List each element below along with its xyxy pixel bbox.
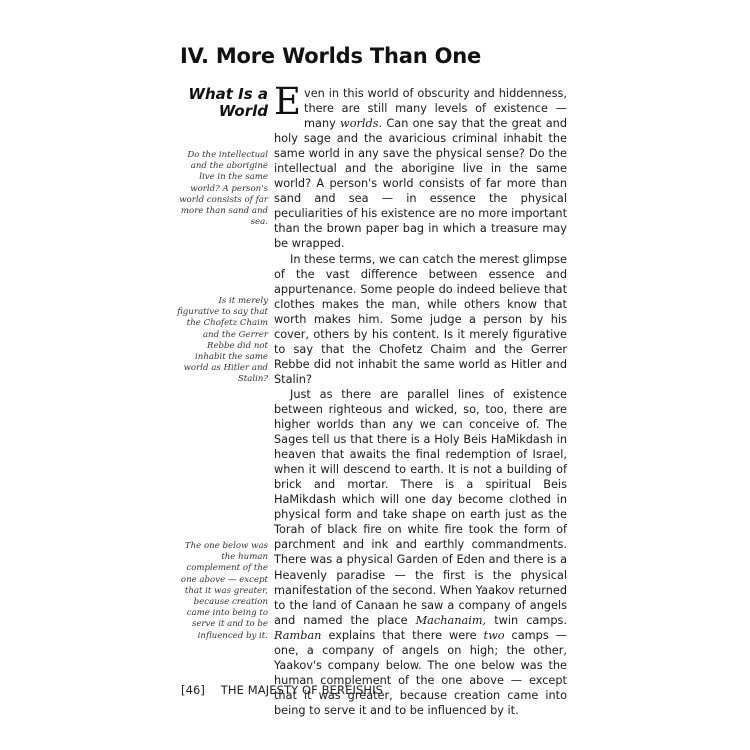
- paragraph-3-text: Just as there are parallel lines of exis…: [274, 388, 567, 627]
- emphasis-worlds: worlds.: [340, 117, 382, 130]
- running-title: THE MAJESTY OF BEREISHIS: [221, 683, 383, 697]
- section-heading-line-1: What Is a: [176, 86, 268, 103]
- emphasis-machanaim: Machanaim,: [416, 614, 487, 627]
- paragraph-2: In these terms, we can catch the merest …: [274, 252, 567, 387]
- paragraph-3-text-2: twin camps.: [486, 614, 567, 627]
- side-note-1: Do the intellectual and the aborigine li…: [176, 150, 268, 228]
- paragraph-3: Just as there are parallel lines of exis…: [274, 387, 567, 718]
- body-text: Even in this world of obscurity and hidd…: [274, 86, 567, 718]
- drop-cap: E: [274, 87, 301, 117]
- side-note-2: Is it merely figurative to say that the …: [176, 296, 268, 386]
- section-heading-line-2: World: [176, 103, 268, 120]
- paragraph-1-text-cont: Can one say that the great and holy sage…: [274, 117, 567, 250]
- chapter-title: IV. More Worlds Than One: [180, 44, 481, 68]
- paragraph-1: Even in this world of obscurity and hidd…: [274, 86, 567, 252]
- section-heading: What Is a World: [176, 86, 268, 120]
- emphasis-ramban: Ramban: [274, 629, 321, 642]
- page-number: [46]: [181, 683, 205, 697]
- page-footer: [46] THE MAJESTY OF BEREISHIS: [181, 683, 383, 697]
- side-note-3: The one below was the human complement o…: [176, 541, 268, 642]
- paragraph-3-text-3: explains that there were: [321, 629, 483, 642]
- emphasis-two: two: [484, 629, 505, 642]
